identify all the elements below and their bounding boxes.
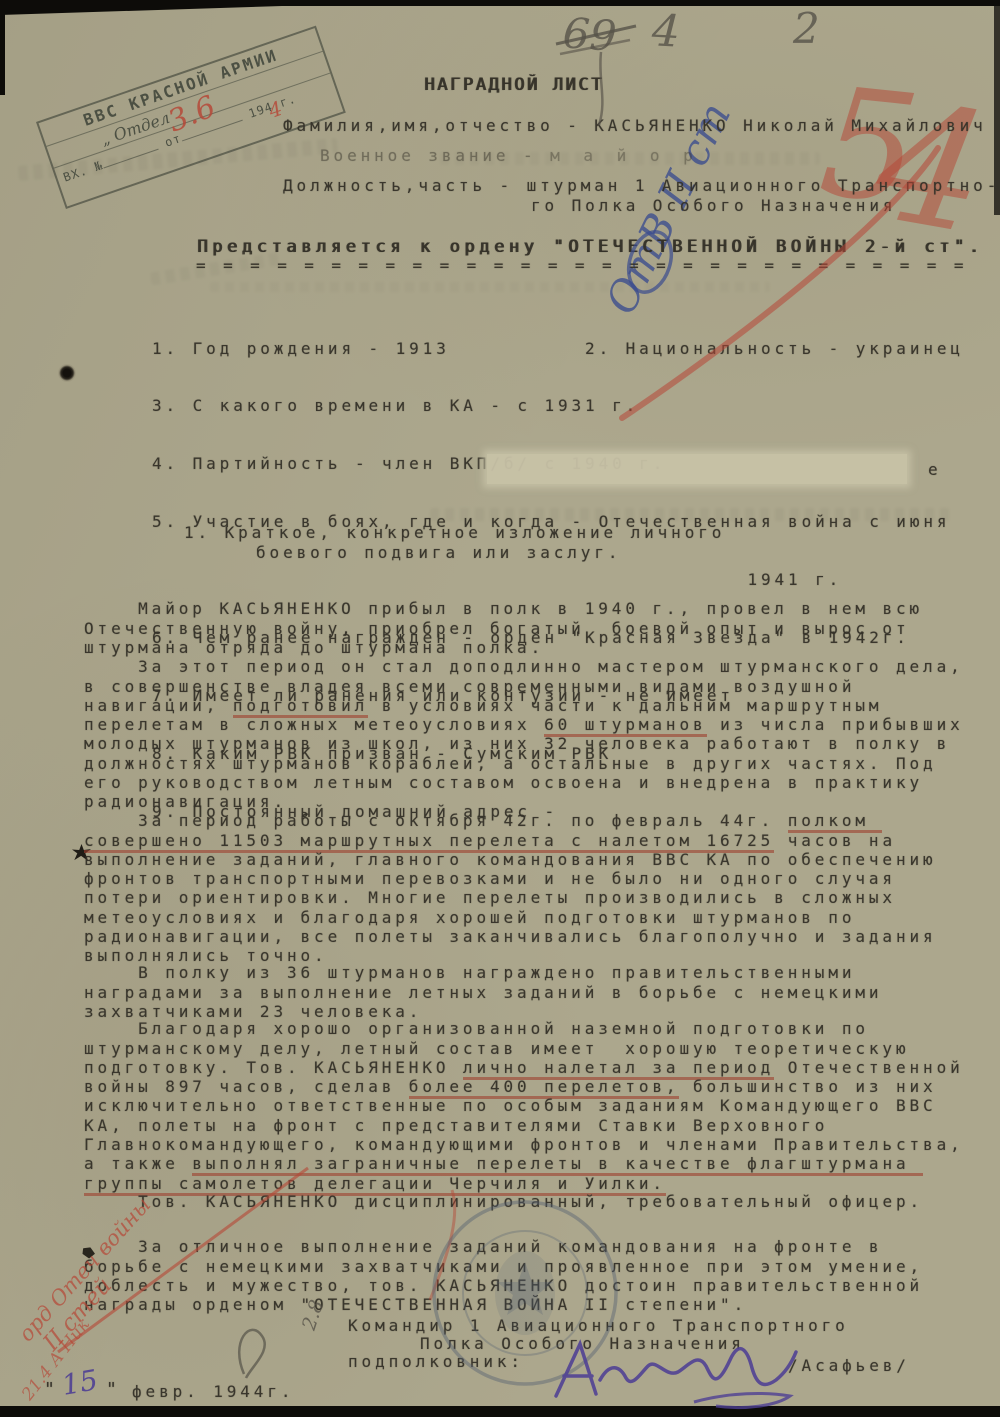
field-name: Фамилия,имя,отчество - КАСЬЯНЕНКО Никола… [283,116,987,135]
commander-line1: Командир 1 Авиационного Транспортного [348,1316,849,1335]
date-quote-open: " [44,1380,59,1399]
pencil-number-2: 2 [793,4,820,53]
field-rank-label: Военное звание - [320,146,537,165]
bleed-through-line [210,282,770,292]
address-stray-char: е [928,460,942,479]
commander-line2: Полка Особого Назначения [420,1334,745,1353]
scan-edge-top-left-wedge [0,0,330,15]
section-heading-line2: боевого подвига или заслуг. [256,543,621,562]
date-day-handwritten: 15 [59,1363,100,1402]
field-position-line1: Должность,часть - штурман 1 Авиационного… [283,176,1000,195]
section-heading-line1: 1. Краткое, конкретное изложение личного [184,523,725,542]
date-quote-close: " [106,1380,121,1399]
paragraph-text: За период работы с октября 42г. по февра… [138,811,788,830]
commander-signature [600,1349,796,1385]
pencil-number-4: 4 [651,5,682,57]
field-rank-value: м а й о р [550,146,700,165]
award-proposal-line: Представляется к ордену "ОТЕЧЕСТВЕННОЙ В… [197,238,983,257]
pencil-squiggle [239,1330,265,1378]
info-item-1-2: 1. Год рождения - 1913 2. Национальность… [152,339,964,358]
paragraph-text: За отличное выполнение заданий командова… [84,1237,937,1314]
scan-edge-bottom [0,1406,1000,1417]
scan-edge-left [0,0,5,95]
document-title: НАГРАДНОЙ ЛИСТ [424,76,604,95]
redacted-address-block [487,454,907,484]
field-position-line2: го Полка Особого Назначения [531,196,896,215]
award-proposal-underline: = = = = = = = = = = = = = = = = = = = = … [196,256,967,275]
date-month-year: февр. 1944г. [132,1382,294,1401]
signature-transcript: /Асафьев/ [788,1356,910,1375]
document-page: ВВС КРАСНОЙ АРМИИ „ Отдел ВХ. № от 194 г… [0,0,1000,1417]
pencil-number-crossed: 69 [561,8,618,61]
info-item-3: 3. С какого времени в КА - с 1931 г. [152,396,964,415]
commander-rank: подполковник: [348,1352,524,1371]
paragraph-text: Тов. КАСЬЯНЕНКО дисциплинированный, треб… [138,1192,923,1211]
field-rank: Военное звание - м а й о р [320,146,700,165]
punch-hole [58,364,76,382]
